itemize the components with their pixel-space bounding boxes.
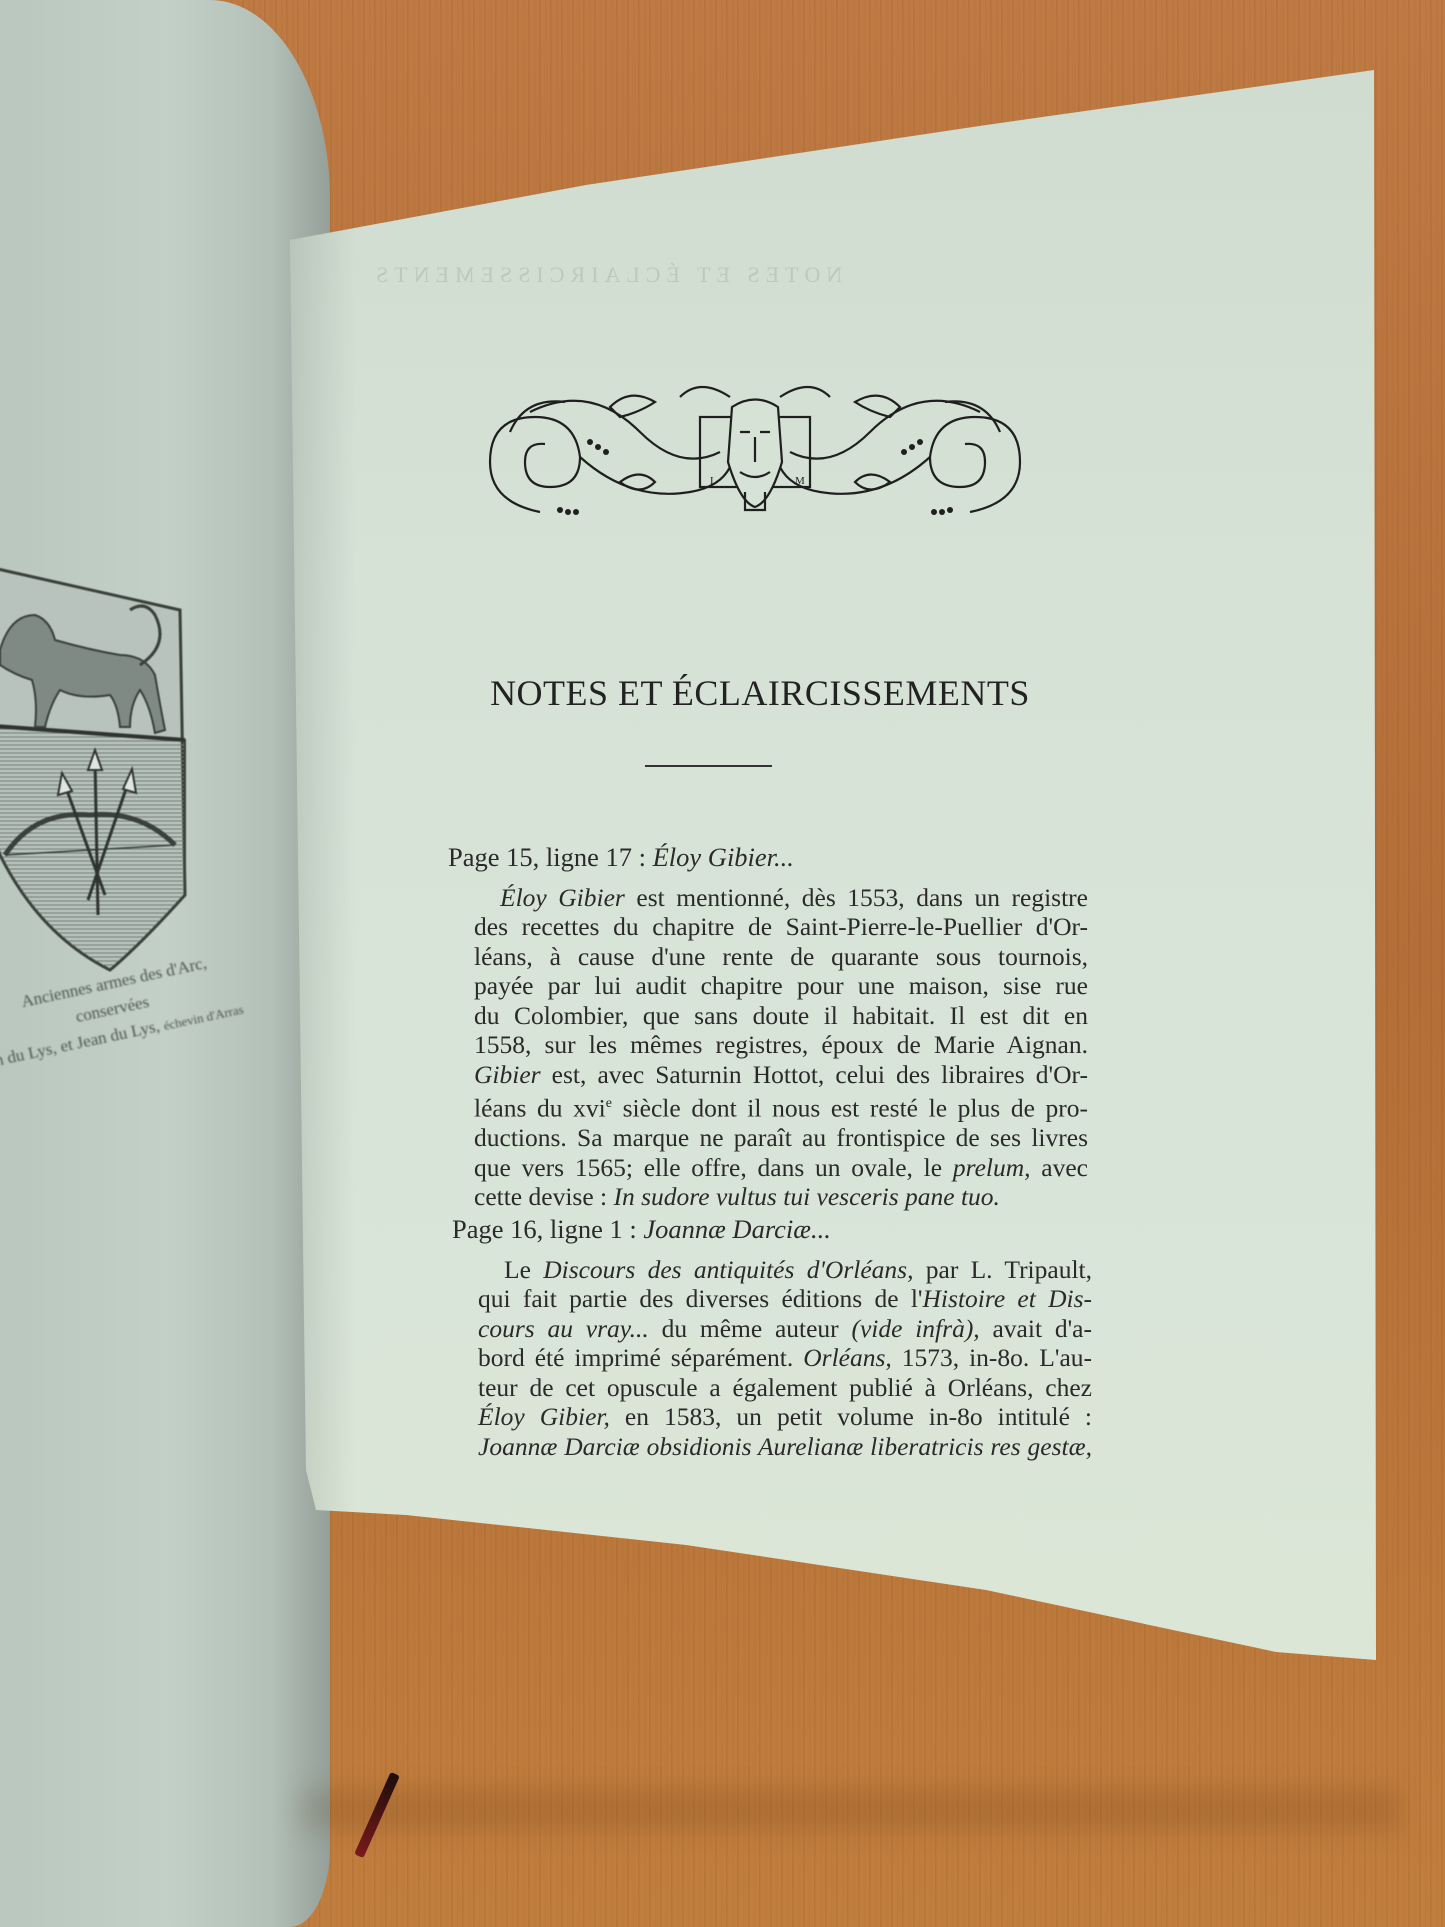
note-line: Gibier est, avec Saturnin Hottot, celui …: [448, 1060, 1088, 1090]
svg-text:L: L: [710, 475, 717, 487]
note-1: Page 15, ligne 17 : Éloy Gibier... Éloy …: [448, 843, 1088, 1212]
headpiece-ornament-icon: L M: [470, 372, 1040, 522]
note-1-reference: Page 15, ligne 17 : Éloy Gibier...: [448, 843, 1088, 873]
show-through-header: NOTES ET ÉCLAIRCISSEMENTS: [370, 262, 842, 288]
note-2: Page 16, ligne 1 : Joannæ Darciæ... Le D…: [452, 1215, 1092, 1461]
note-line: bord été imprimé séparément. Orléans, 15…: [452, 1343, 1092, 1373]
note-line: payée par lui audit chapitre pour une ma…: [448, 971, 1088, 1001]
note-line: du Colombier, que sans doute il habitait…: [448, 1001, 1088, 1031]
note-line: que vers 1565; elle offre, dans un ovale…: [448, 1153, 1088, 1183]
note-line: ductions. Sa marque ne paraît au frontis…: [448, 1123, 1088, 1153]
note-line: Le Discours des antiquités d'Orléans, pa…: [452, 1255, 1092, 1285]
note-line: léans, à cause d'une rente de quarante s…: [448, 942, 1088, 972]
note-line: cette devise : In sudore vultus tui vesc…: [448, 1182, 1088, 1212]
note-line: Éloy Gibier est mentionné, dès 1553, dan…: [448, 883, 1088, 913]
page-title: NOTES ET ÉCLAIRCISSEMENTS: [440, 672, 1080, 714]
coat-of-arms-icon: [0, 555, 210, 975]
note-2-reference: Page 16, ligne 1 : Joannæ Darciæ...: [452, 1215, 1092, 1245]
note-line: Éloy Gibier, en 1583, un petit volume in…: [452, 1402, 1092, 1432]
left-page: Anciennes armes des d'Arc, conservées …i…: [0, 0, 330, 1927]
note-line: qui fait partie des diverses éditions de…: [452, 1284, 1092, 1314]
note-line: 1558, sur les mêmes registres, époux de …: [448, 1030, 1088, 1060]
note-line: teur de cet opuscule a également publié …: [452, 1373, 1092, 1403]
note-1-body: Éloy Gibier est mentionné, dès 1553, dan…: [448, 883, 1088, 1212]
page-shadow: [300, 1790, 1400, 1830]
note-line: Joannæ Darciæ obsidionis Aurelianæ liber…: [452, 1432, 1092, 1462]
note-line: léans du xvie siècle dont il nous est re…: [448, 1089, 1088, 1123]
title-divider: [645, 765, 772, 767]
note-line: cours au vray... du même auteur (vide in…: [452, 1314, 1092, 1344]
note-2-body: Le Discours des antiquités d'Orléans, pa…: [452, 1255, 1092, 1462]
note-line: des recettes du chapitre de Saint-Pierre…: [448, 912, 1088, 942]
svg-text:M: M: [795, 475, 805, 487]
